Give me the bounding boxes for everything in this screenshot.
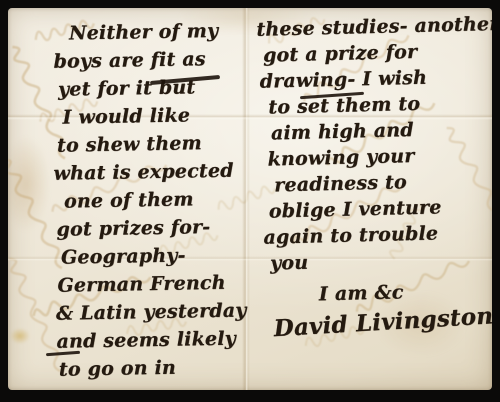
handwritten-line: to go on in [59, 352, 263, 384]
handwritten-line: Neither of my [69, 16, 257, 47]
handwritten-line: to shew them [57, 128, 259, 160]
letter-photograph: Neither of my boys are fit as yet for it… [0, 0, 500, 402]
handwritten-line: boys are fit as [53, 44, 257, 76]
handwritten-line: got prizes for- [56, 212, 260, 244]
handwritten-line: and seems likely [56, 324, 262, 356]
paper-stain [10, 328, 30, 344]
letter-page-right: these studies- another got a prize for d… [256, 11, 492, 338]
handwritten-line: I would like [62, 100, 258, 131]
handwritten-line: German French [57, 268, 261, 300]
handwritten-line: these studies- another [256, 11, 485, 43]
handwritten-line: you [270, 245, 491, 276]
handwritten-line: one of them [64, 184, 260, 215]
handwritten-line: & Latin yesterday [56, 296, 262, 328]
letter-paper: Neither of my boys are fit as yet for it… [8, 8, 492, 390]
letter-page-left: Neither of my boys are fit as yet for it… [51, 16, 263, 384]
handwritten-line: yet for it but [58, 72, 258, 103]
handwritten-line: what is expected [53, 156, 259, 188]
handwritten-line: Geography- [61, 240, 261, 271]
